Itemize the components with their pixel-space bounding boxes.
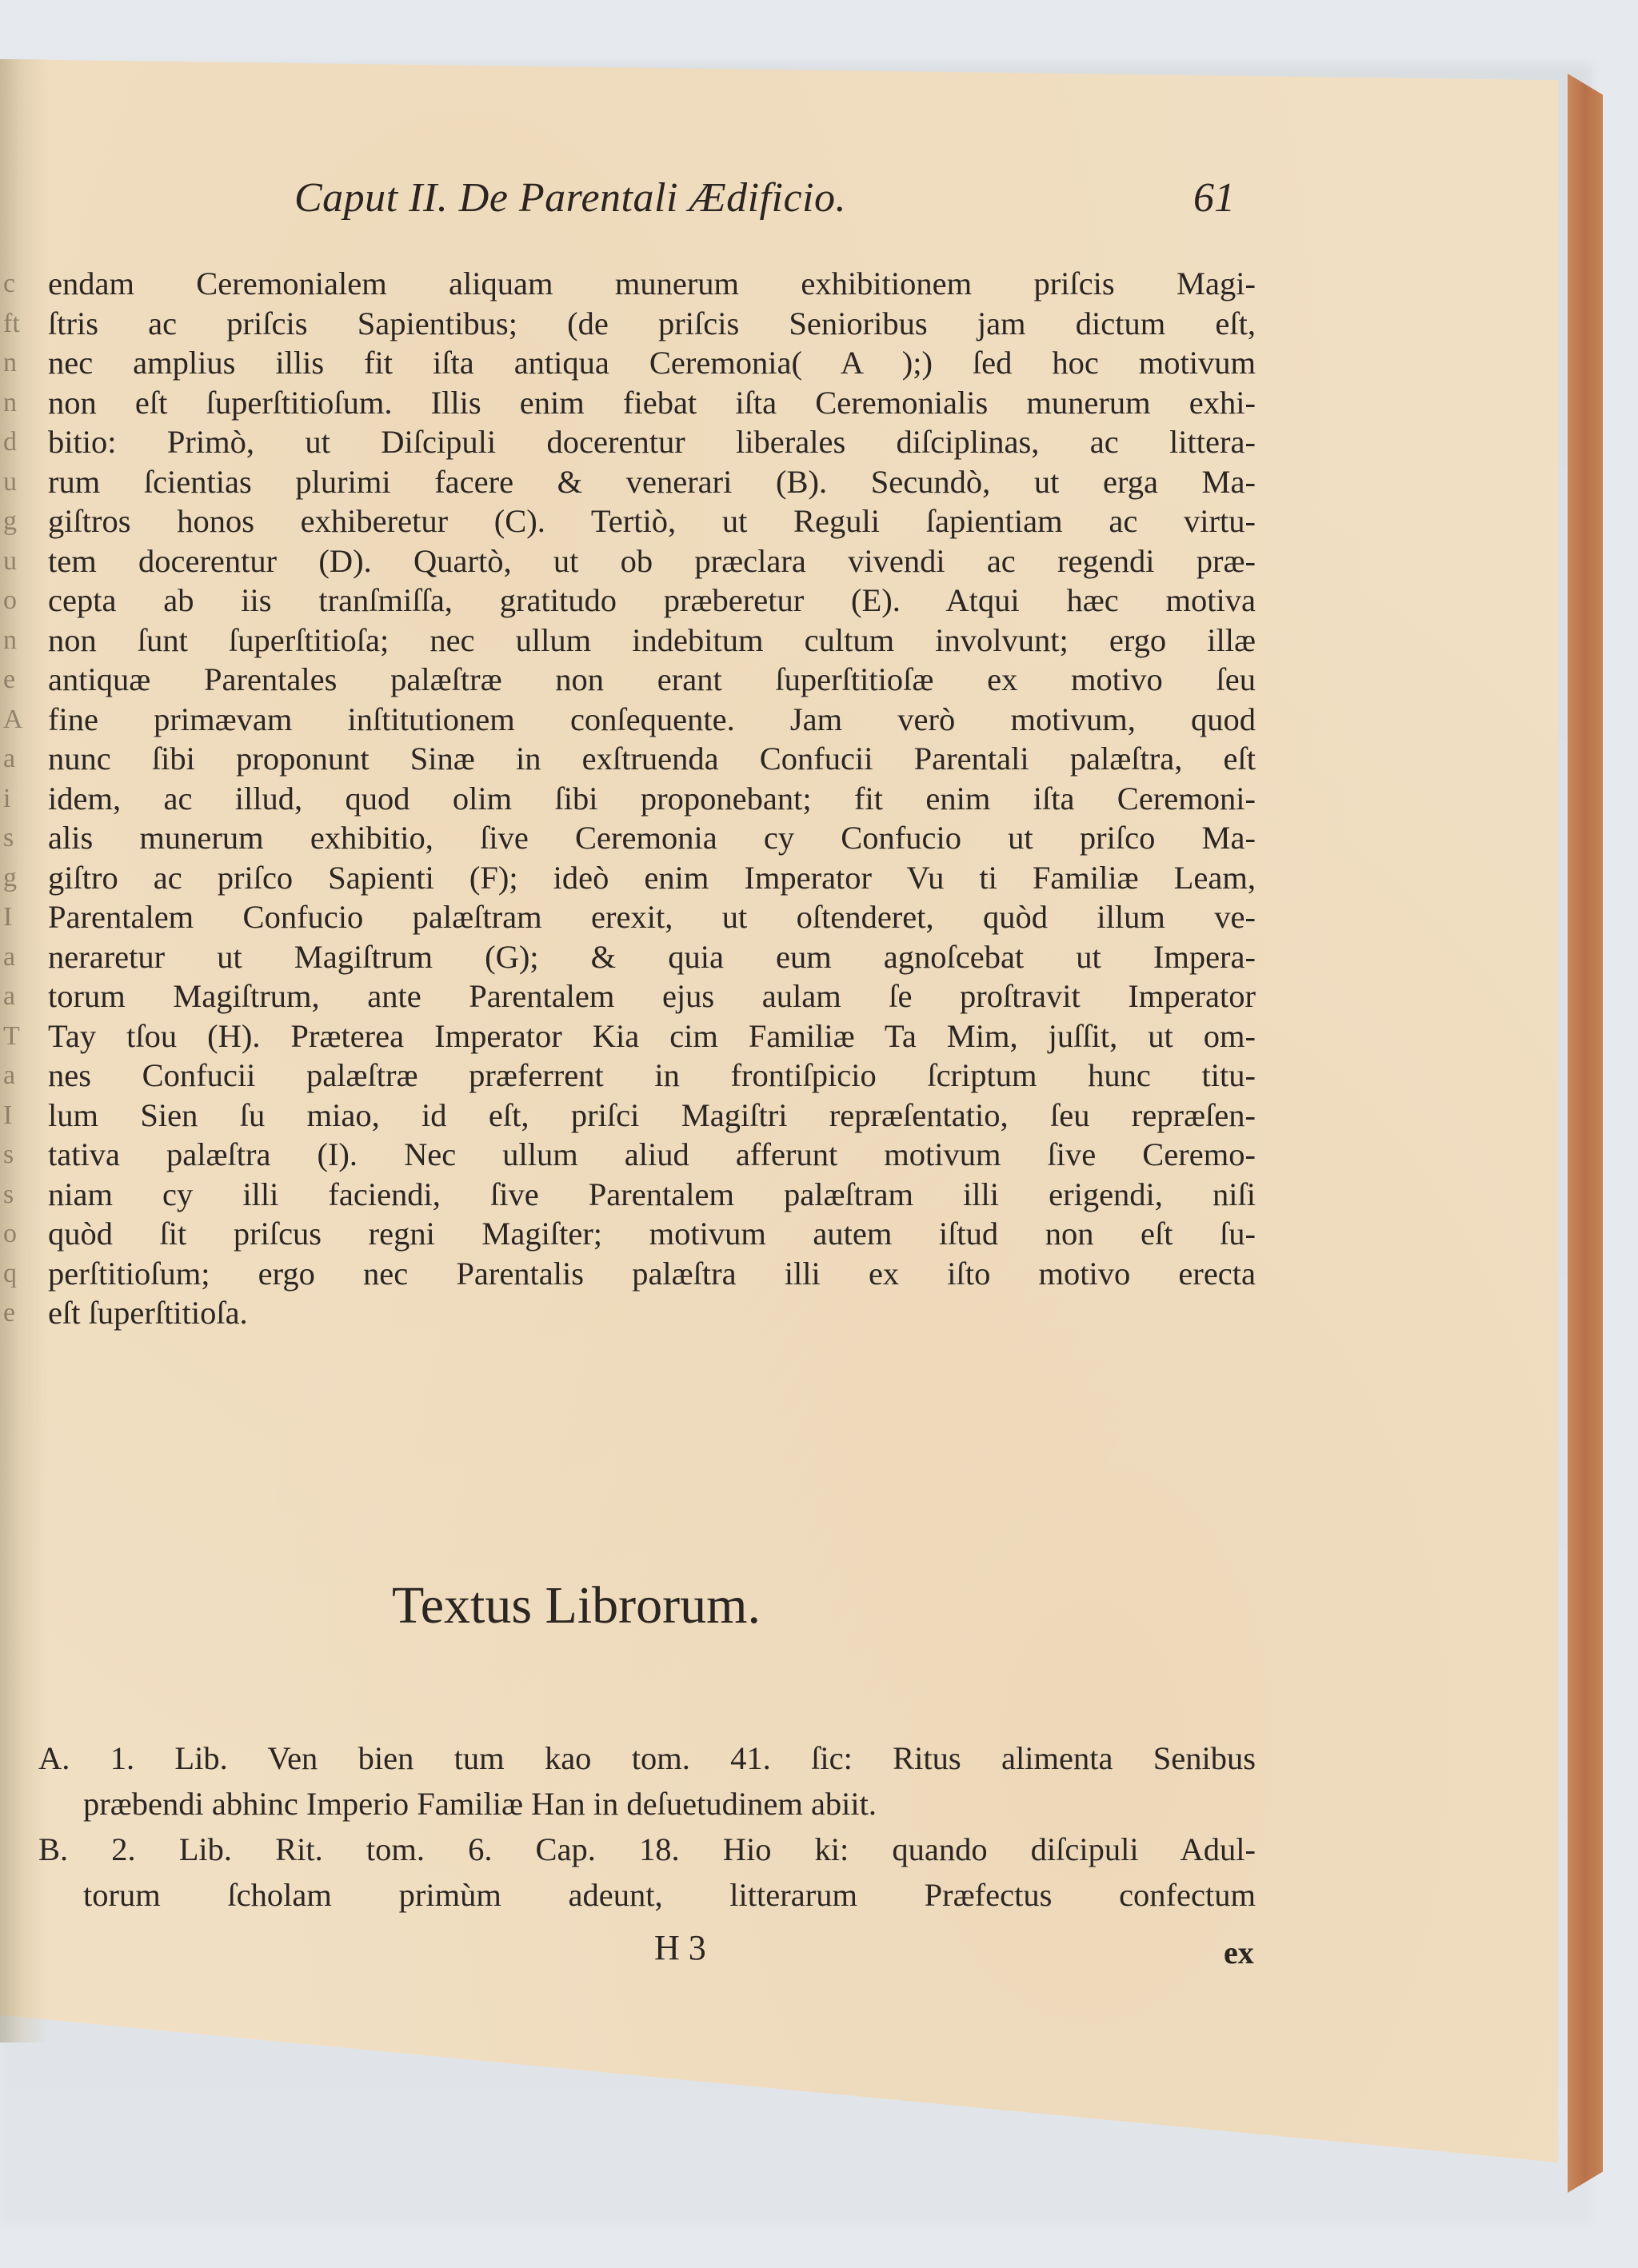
note-a-line: præbendi abhinc Imperio Familiæ Han in d… <box>38 1781 1256 1827</box>
printer-signature-mark: H 3 <box>654 1927 706 1968</box>
text-line: bitio: Primò, ut Diſcipuli docerentur li… <box>48 422 1256 462</box>
text-line: non eſt ſuperſtitioſum. Illis enim fieba… <box>48 383 1256 423</box>
page-number: 61 <box>1193 174 1235 222</box>
text-line: Parentalem Confucio palæſtram erexit, ut… <box>48 897 1256 937</box>
text-line: endam Ceremonialem aliquam munerum exhib… <box>48 264 1256 304</box>
text-line: perſtitioſum; ergo nec Parentalis palæſt… <box>48 1254 1256 1294</box>
note-text: 2. Lib. Rit. tom. 6. Cap. 18. Hio ki: qu… <box>111 1831 1256 1867</box>
margin-fragment: q <box>3 1254 27 1294</box>
text-line: fine primævam inſtitutionem conſequente.… <box>48 700 1256 740</box>
text-line: niam cy illi faciendi, ſive Parentalem p… <box>48 1175 1256 1215</box>
note-text: 1. Lib. Ven bien tum kao tom. 41. ſic: R… <box>110 1740 1256 1776</box>
margin-fragment: e <box>3 1293 27 1333</box>
text-line: quòd ſit priſcus regni Magiſter; motivum… <box>48 1214 1256 1254</box>
margin-fragment: g <box>3 858 27 898</box>
margin-fragment: I <box>3 897 27 937</box>
facing-page-fragments: c ft n n d u g u o n e A a i s g I a a T… <box>3 264 27 1333</box>
text-line: torum Magiſtrum, ante Parentalem ejus au… <box>48 976 1256 1016</box>
text-line: non ſunt ſuperſtitioſa; nec ullum indebi… <box>48 621 1256 661</box>
margin-fragment: s <box>3 818 27 858</box>
note-label: A. <box>38 1740 70 1776</box>
text-line: nunc ſibi proponunt Sinæ in exſtruenda C… <box>48 739 1256 779</box>
margin-fragment: d <box>3 422 27 462</box>
margin-fragment: a <box>3 976 27 1016</box>
margin-fragment: a <box>3 937 27 977</box>
section-title: Textus Librorum. <box>392 1575 761 1636</box>
text-line: cepta ab iis tranſmiſſa, gratitudo præbe… <box>48 581 1256 621</box>
margin-fragment: n <box>3 343 27 383</box>
margin-fragment: I <box>3 1096 27 1136</box>
body-paragraph: endam Ceremonialem aliquam munerum exhib… <box>48 264 1256 1333</box>
margin-fragment: g <box>3 501 27 541</box>
text-line: Tay tſou (H). Præterea Imperator Kia cim… <box>48 1016 1256 1056</box>
running-head: Caput II. De Parentali Ædificio. <box>294 174 1254 222</box>
text-line: rum ſcientias plurimi facere & venerari … <box>48 462 1256 502</box>
margin-fragment: ft <box>3 304 27 344</box>
margin-fragment: a <box>3 739 27 779</box>
margin-fragment: c <box>3 264 27 304</box>
text-line: tem docerentur (D). Quartò, ut ob præcla… <box>48 541 1256 581</box>
footnotes: A. 1. Lib. Ven bien tum kao tom. 41. ſic… <box>38 1735 1256 1918</box>
text-line: antiquæ Parentales palæſtræ non erant ſu… <box>48 660 1256 700</box>
margin-fragment: o <box>3 581 27 621</box>
margin-fragment: a <box>3 1056 27 1096</box>
margin-fragment: o <box>3 1214 27 1254</box>
text-line: nes Confucii palæſtræ præferrent in fron… <box>48 1056 1256 1096</box>
text-line: tativa palæſtra (I). Nec ullum aliud aff… <box>48 1135 1256 1175</box>
text-line: lum Sien ſu miao, id eſt, priſci Magiſtr… <box>48 1096 1256 1136</box>
text-line: giſtros honos exhiberetur (C). Tertiò, u… <box>48 501 1256 541</box>
margin-fragment: n <box>3 621 27 661</box>
margin-fragment: T <box>3 1016 27 1056</box>
text-line: idem, ac illud, quod olim ſibi proponeba… <box>48 779 1256 819</box>
page-fore-edge <box>1568 74 1603 2193</box>
text-line: giſtro ac priſco Sapienti (F); ideò enim… <box>48 858 1256 898</box>
note-b-line: B. 2. Lib. Rit. tom. 6. Cap. 18. Hio ki:… <box>38 1827 1256 1872</box>
text-line: alis munerum exhibitio, ſive Ceremonia c… <box>48 818 1256 858</box>
text-line: nec amplius illis fit iſta antiqua Cerem… <box>48 343 1256 383</box>
margin-fragment: e <box>3 660 27 700</box>
text-line: eſt ſuperſtitioſa. <box>48 1293 1256 1333</box>
margin-fragment: u <box>3 541 27 581</box>
text-line: neraretur ut Magiſtrum (G); & quia eum a… <box>48 937 1256 977</box>
margin-fragment: s <box>3 1175 27 1215</box>
margin-fragment: i <box>3 779 27 819</box>
margin-fragment: u <box>3 462 27 502</box>
note-a-line: A. 1. Lib. Ven bien tum kao tom. 41. ſic… <box>38 1735 1256 1781</box>
catchword: ex <box>1224 1934 1254 1971</box>
text-line: ſtris ac priſcis Sapientibus; (de priſci… <box>48 304 1256 344</box>
note-b-line: torum ſcholam primùm adeunt, litterarum … <box>38 1872 1256 1918</box>
margin-fragment: A <box>3 700 27 740</box>
margin-fragment: s <box>3 1135 27 1175</box>
note-label: B. <box>38 1831 68 1867</box>
margin-fragment: n <box>3 383 27 423</box>
